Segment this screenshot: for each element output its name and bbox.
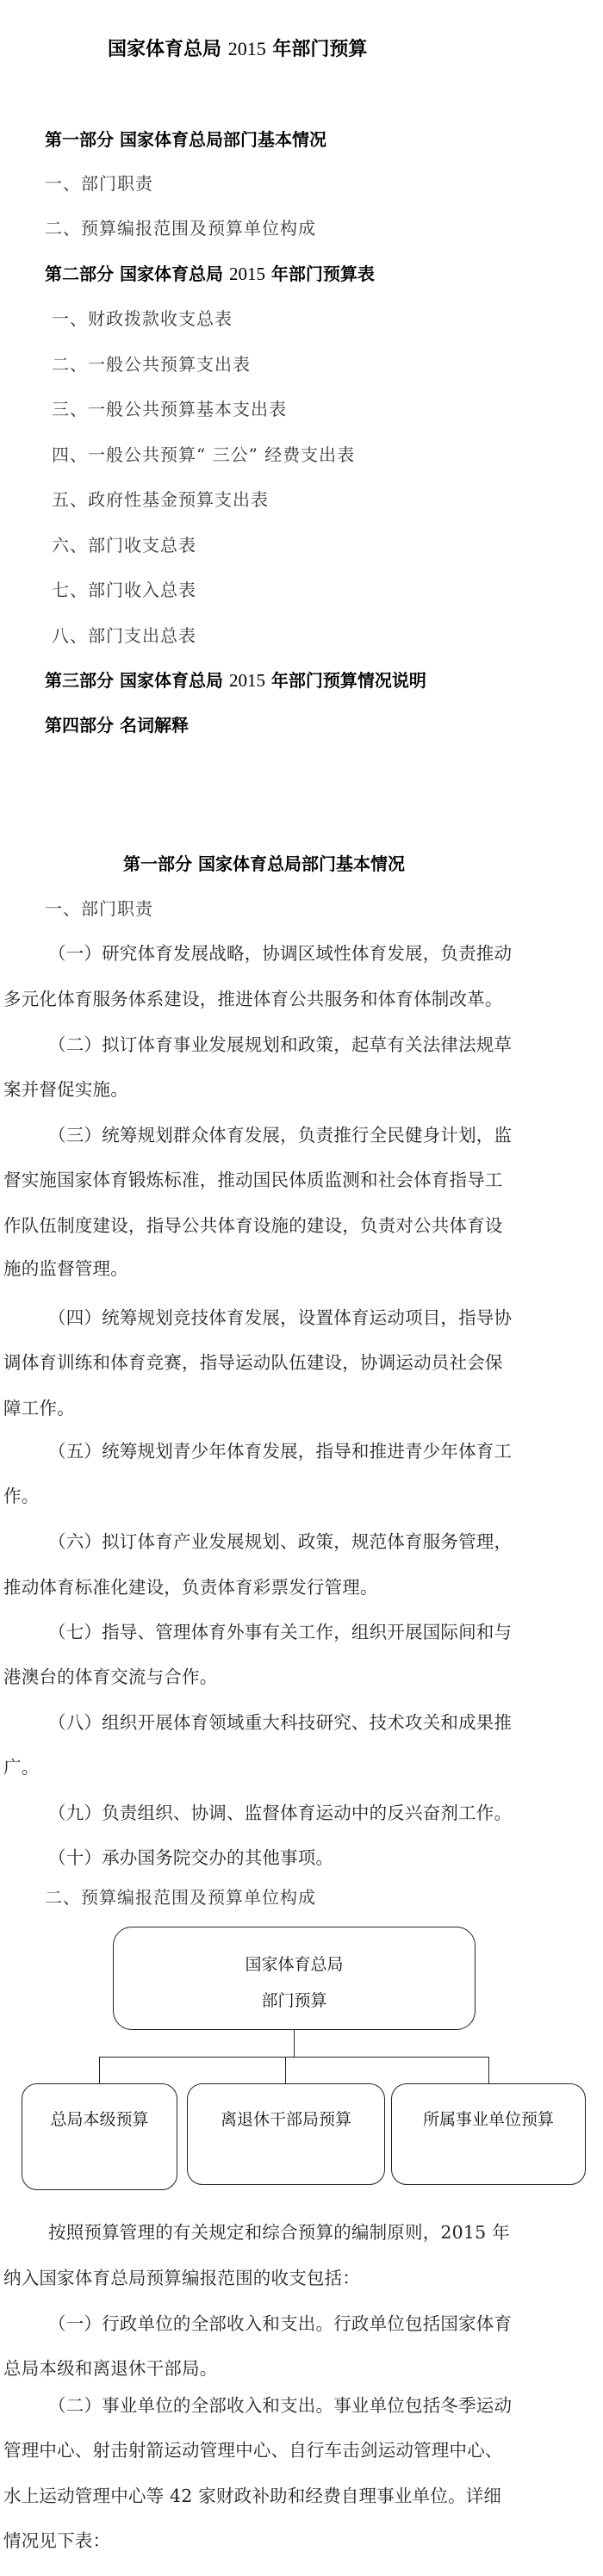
duty-4-line-3: 障工作。 [3,1395,75,1421]
title-prefix: 国家体育总局 [108,39,221,60]
duty-9-line-1: （九）负责组织、协调、监督体育运动中的反兴奋剂工作。 [48,1800,512,1826]
toc-part2-year: 2015 [229,264,265,284]
section1-sub1-heading: 一、部门职责 [45,896,153,922]
diagram-connector-root [294,2030,295,2057]
diagram-root-line-1: 国家体育总局 [114,1952,475,1975]
diagram-root-line-2: 部门预算 [114,1988,475,2011]
diagram-child-affiliated-units: 所属事业单位预算 [391,2083,586,2185]
diagram-child-headquarters: 总局本级预算 [22,2083,177,2190]
toc-part3[interactable]: 第三部分 国家体育总局 2015 年部门预算情况说明 [45,667,426,693]
title-suffix: 年部门预算 [272,39,367,60]
scope-para-3-line-2: 管理中心、射击射箭运动管理中心、自行车击剑运动管理中心、 [3,2437,503,2463]
duty-5-line-1: （五）统筹规划青少年体育发展，指导和推进青少年体育工 [48,1438,512,1464]
diagram-connector-left [99,2057,100,2083]
toc-part2-prefix: 第二部分 国家体育总局 [45,264,223,284]
toc-part2-item-1[interactable]: 一、财政拨款收支总表 [52,306,233,332]
toc-part2-item-2[interactable]: 二、一般公共预算支出表 [52,351,251,377]
scope-para-2-line-1: （一）行政单位的全部收入和支出。行政单位包括国家体育 [48,2311,512,2337]
duty-6-line-1: （六）拟订体育产业发展规划、政策，规范体育服务管理， [48,1529,512,1555]
toc-part1-item-1[interactable]: 一、部门职责 [45,171,153,196]
toc-part2-item-3[interactable]: 三、一般公共预算基本支出表 [52,396,287,422]
diagram-connector-right [488,2057,489,2083]
duty-10-line-1: （十）承办国务院交办的其他事项。 [48,1845,333,1871]
diagram-child-label-2: 离退休干部局预算 [188,2107,384,2130]
duty-5-line-2: 作。 [3,1483,39,1509]
diagram-child-label-3: 所属事业单位预算 [392,2107,585,2130]
duty-2-line-1: （二）拟订体育事业发展规划和政策，起草有关法律法规草 [48,1032,512,1058]
toc-part1[interactable]: 第一部分 国家体育总局部门基本情况 [45,127,326,152]
duty-2-line-2: 案并督促实施。 [3,1077,128,1102]
toc-part4-label: 第四部分 名词解释 [45,715,189,736]
section1-heading: 第一部分 国家体育总局部门基本情况 [123,851,405,877]
scope-para-1-line-2: 纳入国家体育总局预算编报范围的收支包括： [3,2265,360,2291]
toc-part4[interactable]: 第四部分 名词解释 [45,712,189,738]
duty-4-line-1: （四）统筹规划竞技体育发展，设置体育运动项目，指导协 [48,1305,512,1331]
diagram-child-label-1: 总局本级预算 [22,2107,177,2130]
toc-part2-item-6[interactable]: 六、部门收支总表 [52,532,196,558]
duty-7-line-1: （七）指导、管理体育外事有关工作，组织开展国际间和与 [48,1619,512,1645]
duty-1-line-1: （一）研究体育发展战略，协调区域性体育发展，负责推动 [48,940,512,966]
section1-sub2-heading: 二、预算编报范围及预算单位构成 [45,1884,316,1910]
toc-part2-item-8[interactable]: 八、部门支出总表 [52,623,196,649]
diagram-connector-middle [285,2057,286,2083]
scope-para-3-line-1: （二）事业单位的全部收入和支出。事业单位包括冬季运动 [48,2393,512,2418]
scope-para-3-line-4: 情况见下表： [3,2528,110,2554]
toc-part1-label: 第一部分 国家体育总局部门基本情况 [45,129,326,150]
diagram-connector-bar [99,2057,489,2058]
duty-7-line-2: 港澳台的体育交流与合作。 [3,1664,217,1690]
scope-para-3-line-3: 水上运动管理中心等 42 家财政补助和经费自理事业单位。详细 [3,2483,501,2509]
diagram-child-retired-cadres: 离退休干部局预算 [187,2083,385,2185]
toc-part2[interactable]: 第二部分 国家体育总局 2015 年部门预算表 [45,261,375,287]
duty-3-line-2: 督实施国家体育锻炼标准，推动国民体质监测和社会体育指导工 [3,1167,503,1193]
toc-part1-item-2[interactable]: 二、预算编报范围及预算单位构成 [45,215,316,241]
toc-part2-item-4[interactable]: 四、一般公共预算“ 三公” 经费支出表 [52,442,355,468]
document-title: 国家体育总局 2015 年部门预算 [108,36,367,62]
duty-4-line-2: 调体育训练和体育竞赛，指导运动队伍建设，协调运动员社会保 [3,1350,503,1375]
title-year: 2015 [228,38,266,59]
duty-3-line-4: 施的监督管理。 [3,1256,128,1282]
toc-part3-suffix: 年部门预算情况说明 [271,670,426,691]
duty-1-line-2: 多元化体育服务体系建设，推进体育公共服务和体育体制改革。 [3,986,503,1012]
duty-3-line-3: 作队伍制度建设，指导公共体育设施的建设，负责对公共体育设 [3,1213,503,1238]
scope-para-2-line-2: 总局本级和离退休干部局。 [3,2356,217,2381]
duty-3-line-1: （三）统筹规划群众体育发展，负责推行全民健身计划，监 [48,1122,512,1148]
toc-part2-item-5[interactable]: 五、政府性基金预算支出表 [52,487,269,512]
duty-8-line-1: （八）组织开展体育领域重大科技研究、技术攻关和成果推 [48,1710,512,1735]
toc-part3-year: 2015 [229,670,265,691]
toc-part3-prefix: 第三部分 国家体育总局 [45,670,223,691]
toc-part2-suffix: 年部门预算表 [271,264,375,284]
duty-6-line-2: 推动体育标准化建设，负责体育彩票发行管理。 [3,1574,378,1600]
scope-para-1-line-1: 按照预算管理的有关规定和综合预算的编制原则，2015 年 [48,2219,510,2245]
diagram-root-box: 国家体育总局 部门预算 [113,1927,476,2030]
duty-8-line-2: 广。 [3,1754,39,1780]
toc-part2-item-7[interactable]: 七、部门收入总表 [52,577,196,603]
